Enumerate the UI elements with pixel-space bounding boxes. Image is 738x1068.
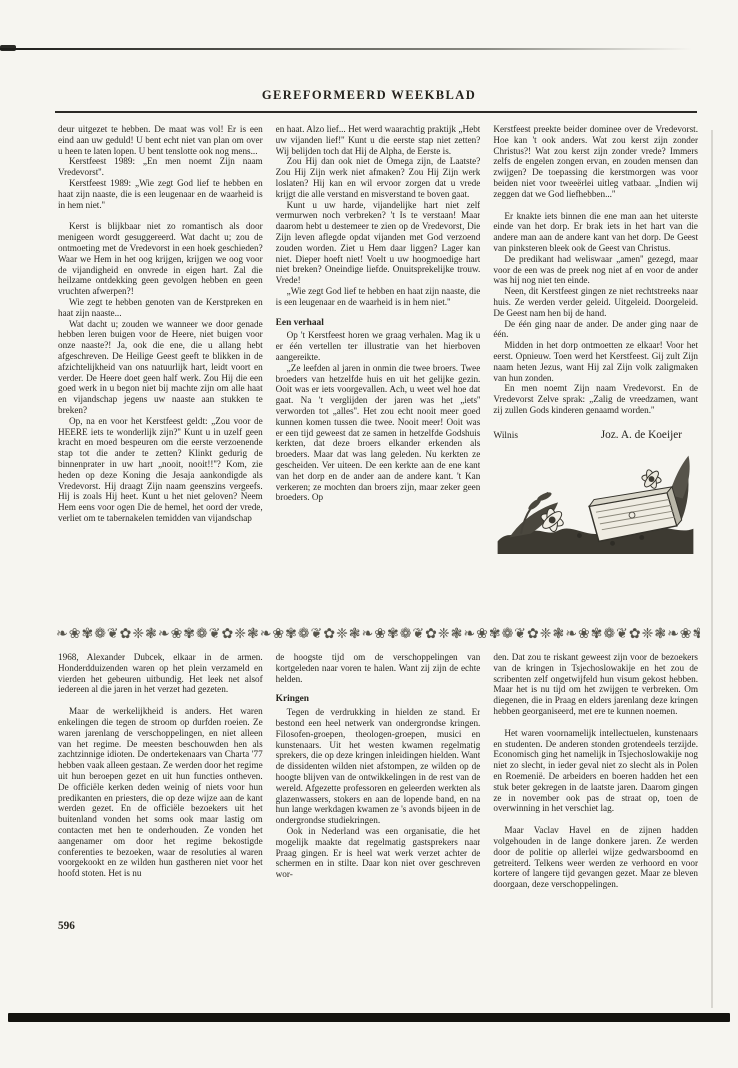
paragraph: deur uitgezet te hebben. De maat was vol…: [58, 124, 263, 156]
paragraph: Kunt u uw harde, vijandelijke hart niet …: [276, 200, 481, 286]
kerst-column-1: deur uitgezet te hebben. De maat was vol…: [58, 124, 263, 625]
kerst-column-3: Kerstfeest preekte beider dominee over d…: [493, 124, 698, 625]
kringen-section-heading: Kringen: [276, 694, 481, 705]
paragraph: Op, na en voor het Kerstfeest geldt: „Zo…: [58, 416, 263, 524]
paragraph: Tegen de verdrukking in hielden ze stand…: [276, 707, 481, 826]
paragraph: De één ging naar de ander. De ander ging…: [493, 319, 698, 341]
ornament-band: ❧❀✾❁❦✿❈❃❧❀✾❁❦✿❈❃❧❀✾❁❦✿❈❃❧❀✾❁❦✿❈❃❧❀✾❁❦✿❈❃…: [56, 624, 700, 646]
paragraph: Kerstfeest preekte beider dominee over d…: [493, 124, 698, 200]
paragraph: Kerstfeest 1989: „En men noemt Zijn naam…: [58, 156, 263, 178]
story-section-heading: Een verhaal: [276, 318, 481, 329]
paragraph: Er knakte iets binnen die ene man aan he…: [493, 211, 698, 254]
page-number: 596: [58, 920, 75, 932]
scan-artifact-top-line: [0, 48, 692, 50]
paragraph: En men noemt Zijn naam Vredevorst. En de…: [493, 383, 698, 415]
praag-column-2: de hoogste tijd om de verschoppelingen v…: [276, 652, 481, 1010]
paragraph: Op 't Kerstfeest horen we graag verhalen…: [276, 330, 481, 362]
masthead-rule: [55, 111, 697, 113]
paragraph: Maar Vaclav Havel en de zijnen hadden vo…: [493, 825, 698, 890]
paragraph: „Wie zegt God lief te hebben en haat zij…: [276, 286, 481, 308]
paragraph: en haat. Alzo lief... Het werd waarachti…: [276, 124, 481, 156]
scan-artifact-bottom-bar: [8, 1013, 730, 1022]
paragraph: Kerstfeest 1989: „Wie zegt God lief te h…: [58, 178, 263, 210]
paragraph: Het waren voornamelijk intellectuelen, k…: [493, 728, 698, 814]
paragraph: Maar de werkelijkheid is anders. Het war…: [58, 706, 263, 879]
scanned-magazine-page: GEREFORMEERD WEEKBLAD deur uitgezet te h…: [0, 0, 738, 1068]
praag-article: 1968, Alexander Dubcek, elkaar in de arm…: [58, 652, 698, 1010]
scan-artifact-right-margin-line: [711, 130, 713, 1008]
paragraph: Midden in het dorp ontmoetten ze elkaar!…: [493, 340, 698, 383]
paragraph: 1968, Alexander Dubcek, elkaar in de arm…: [58, 652, 263, 695]
kerst-article: deur uitgezet te hebben. De maat was vol…: [58, 124, 698, 625]
masthead-title: GEREFORMEERD WEEKBLAD: [0, 88, 738, 103]
paragraph: Neen, dit Kerstfeest gingen ze niet rech…: [493, 286, 698, 318]
paragraph: Kerst is blijkbaar niet zo romantisch al…: [58, 221, 263, 297]
praag-column-1: 1968, Alexander Dubcek, elkaar in de arm…: [58, 652, 263, 1010]
paragraph: „Ze leefden al jaren in onmin die twee b…: [276, 363, 481, 503]
paragraph: den. Dat zou te riskant geweest zijn voo…: [493, 652, 698, 717]
praag-column-3: den. Dat zou te riskant geweest zijn voo…: [493, 652, 698, 1010]
paragraph: Zou Hij dan ook niet de Omega zijn, de L…: [276, 156, 481, 199]
paragraph: de hoogste tijd om de verschoppelingen v…: [276, 652, 481, 684]
christmas-book-illustration: [493, 444, 698, 556]
paragraph: Wat dacht u; zouden we wanneer we door g…: [58, 319, 263, 416]
kerst-column-2: en haat. Alzo lief... Het werd waarachti…: [276, 124, 481, 625]
paragraph: Ook in Nederland was een organisatie, di…: [276, 826, 481, 880]
signature-author: Joz. A. de Koeijer: [601, 430, 682, 441]
paragraph: Wie zegt te hebben genoten van de Kerstp…: [58, 297, 263, 319]
paragraph: De predikant had weliswaar „amen'' gezeg…: [493, 254, 698, 286]
article-signature: Wilnis Joz. A. de Koeijer: [493, 430, 698, 442]
signature-place: Wilnis: [493, 431, 518, 442]
